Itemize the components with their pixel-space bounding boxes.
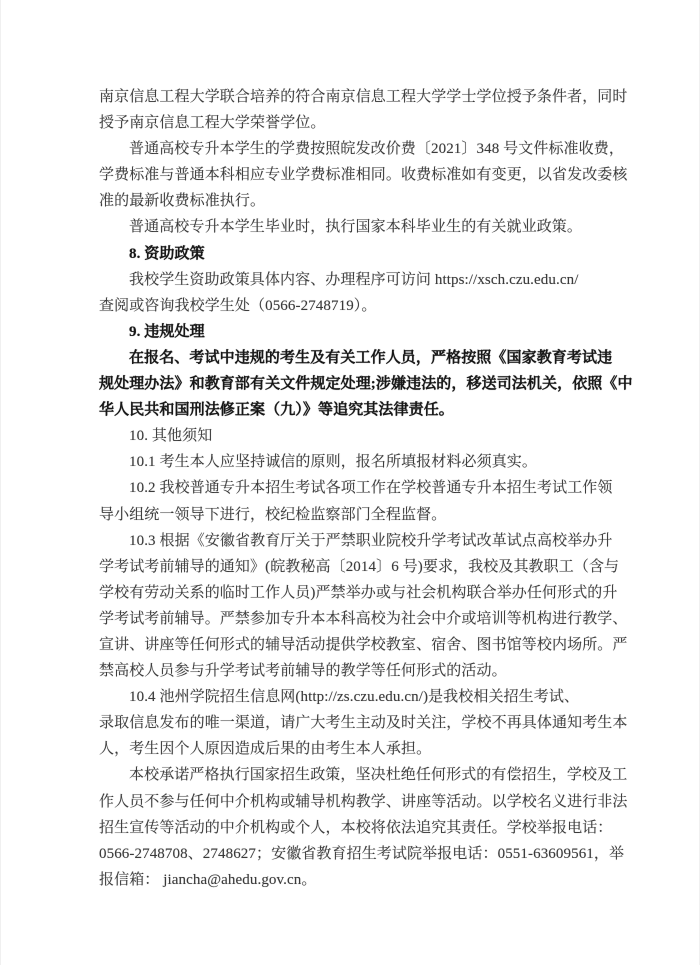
section-9-heading: 9. 违规处理 [99,319,647,345]
text-line: 普通高校专升本学生的学费按照皖发改价费〔2021〕348 号文件标准收费， [99,136,647,162]
text-line: 规处理办法》和教育部有关文件规定处理;涉嫌违法的，移送司法机关，依照《中 [99,371,647,397]
text-line: 在报名、考试中违规的考生及有关工作人员，严格按照《国家教育考试违 [99,345,647,371]
text-line: 本校承诺严格执行国家招生政策，坚决杜绝任何形式的有偿招生，学校及工 [99,762,647,788]
text-line: 人，考生因个人原因造成后果的由考生本人承担。 [99,736,647,762]
text-line: 招生宣传等活动的中介机构或个人，本校将依法追究其责任。学校举报电话： [99,815,647,841]
text-line: 作人员不参与任何中介机构或辅导机构教学、讲座等活动。以学校名义进行非法 [99,789,647,815]
text-line: 查阅或咨询我校学生处（0566-2748719）。 [99,293,647,319]
document-text-block: 南京信息工程大学联合培养的符合南京信息工程大学学士学位授予条件者，同时授予南京信… [99,84,647,893]
text-line: 10.1 考生本人应坚持诚信的原则，报名所填报材料必须真实。 [99,449,647,475]
text-line: 授予南京信息工程大学荣誉学位。 [99,110,647,136]
text-line: 禁高校人员参与升学考试考前辅导的教学等任何形式的活动。 [99,658,647,684]
section-8-heading: 8. 资助政策 [99,241,647,267]
text-line: 学考试考前辅导的通知》(皖教秘高〔2014〕6 号)要求，我校及其教职工（含与 [99,554,647,580]
text-line: 我校学生资助政策具体内容、办理程序可访问 https://xsch.czu.ed… [99,267,647,293]
text-line: 10.3 根据《安徽省教育厅关于严禁职业院校升学考试改革试点高校举办升 [99,528,647,554]
text-line: 宣讲、讲座等任何形式的辅导活动提供学校教室、宿舍、图书馆等校内场所。严 [99,632,647,658]
text-line: 华人民共和国刑法修正案（九）》等追究其法律责任。 [99,397,647,423]
text-line: 报信箱： jiancha@ahedu.gov.cn。 [99,867,647,893]
section-10-heading: 10. 其他须知 [99,423,647,449]
text-line: 学费标准与普通本科相应专业学费标准相同。收费标准如有变更，以省发改委核 [99,162,647,188]
text-line: 准的最新收费标准执行。 [99,188,647,214]
text-line: 10.4 池州学院招生信息网(http://zs.czu.edu.cn/)是我校… [99,684,647,710]
text-line: 10.2 我校普通专升本招生考试各项工作在学校普通专升本招生考试工作领 [99,475,647,501]
document-page: 南京信息工程大学联合培养的符合南京信息工程大学学士学位授予条件者，同时授予南京信… [0,0,700,965]
text-line: 0566-2748708、2748627；安徽省教育招生考试院举报电话：0551… [99,841,647,867]
text-line: 导小组统一领导下进行，校纪检监察部门全程监督。 [99,502,647,528]
text-line: 录取信息发布的唯一渠道，请广大考生主动及时关注，学校不再具体通知考生本 [99,710,647,736]
text-line: 学考试考前辅导。严禁参加专升本本科高校为社会中介或培训等机构进行教学、 [99,606,647,632]
text-line: 普通高校专升本学生毕业时，执行国家本科毕业生的有关就业政策。 [99,214,647,240]
text-line: 学校有劳动关系的临时工作人员)严禁举办或与社会机构联合举办任何形式的升 [99,580,647,606]
text-line: 南京信息工程大学联合培养的符合南京信息工程大学学士学位授予条件者，同时 [99,84,647,110]
